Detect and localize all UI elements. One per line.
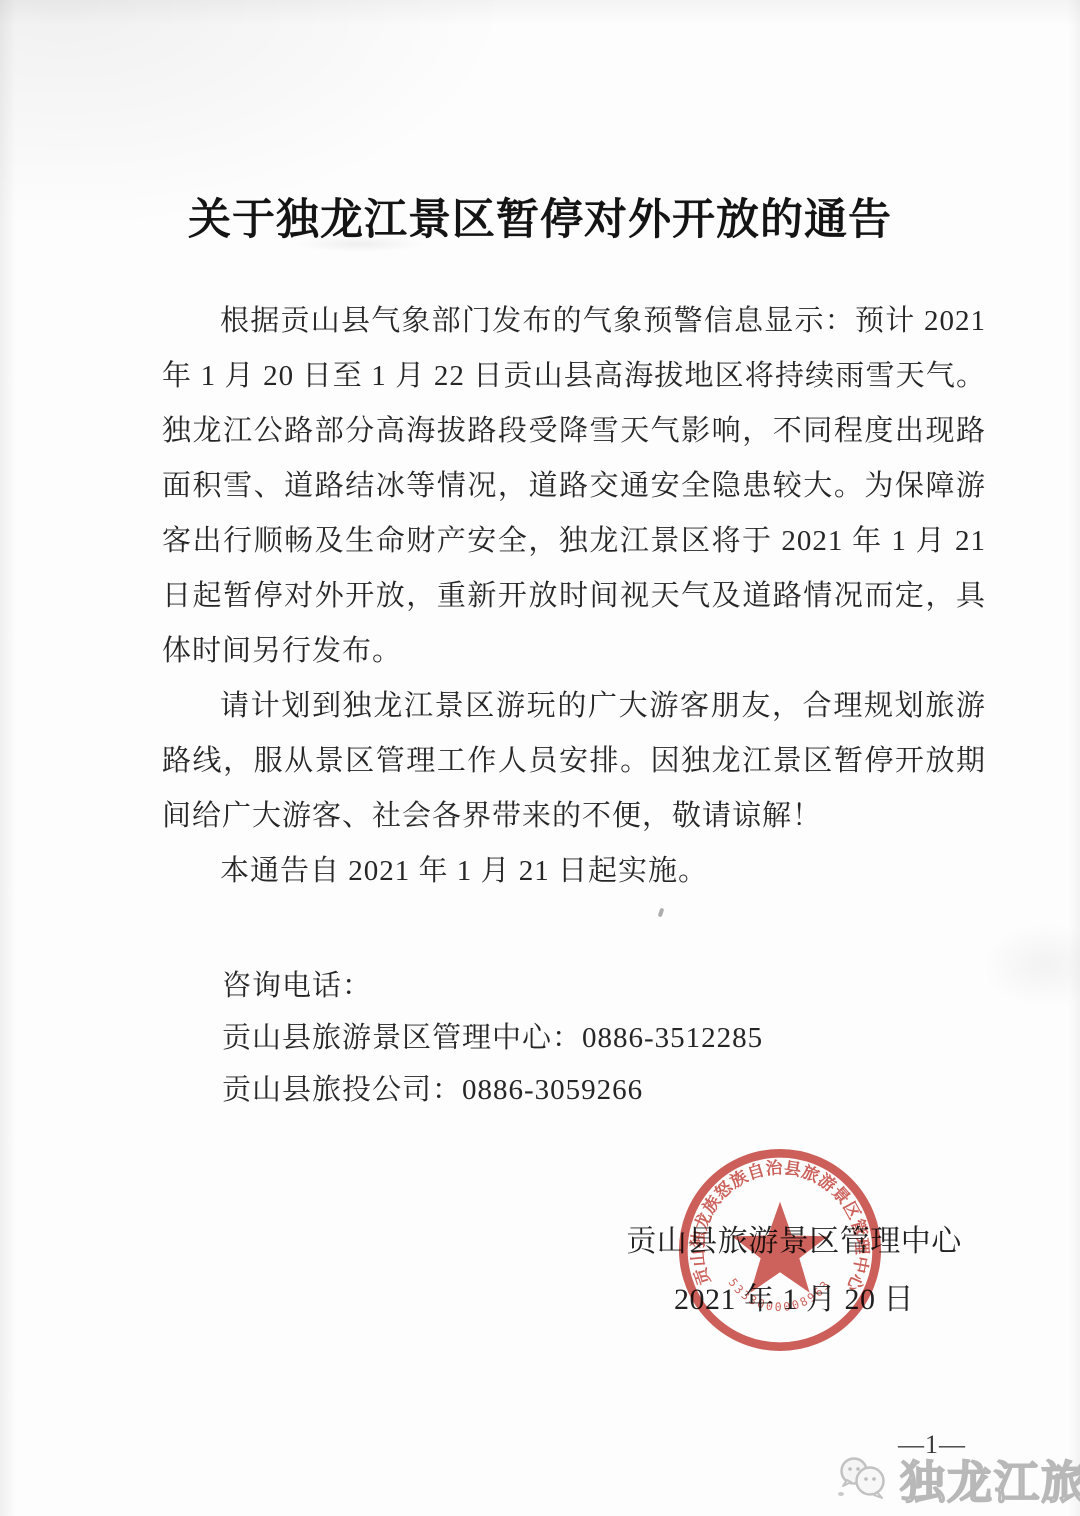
wechat-icon (836, 1451, 892, 1507)
paragraph-visitor-appeal: 请计划到独龙江景区游玩的广大游客朋友，合理规划旅游路线，服从景区管理工作人员安排… (162, 679, 986, 844)
seal-code-text: 5333000008963 (726, 1276, 834, 1314)
contact-line-tourism-company: 贡山县旅投公司：0886-3059266 (222, 1064, 763, 1116)
official-seal-stamp: 贡山独龙族怒族自治县旅游景区管理中心 5333000008963 (664, 1134, 896, 1366)
paragraph-effective-date: 本通告自 2021 年 1 月 21 日起实施。 (162, 844, 986, 899)
notice-body: 根据贡山县气象部门发布的气象预警信息显示：预计 2021 年 1 月 20 日至… (162, 294, 986, 899)
seal-star-icon (732, 1202, 828, 1293)
watermark-text: 独龙江旅游区 (900, 1446, 1080, 1511)
contact-heading: 咨询电话： (222, 960, 763, 1012)
svg-text:5333000008963: 5333000008963 (726, 1276, 834, 1314)
scan-speck (658, 908, 665, 918)
notice-page: 关于独龙江景区暂停对外开放的通告 根据贡山县气象部门发布的气象预警信息显示：预计… (0, 0, 1080, 1516)
notice-title: 关于独龙江景区暂停对外开放的通告 (0, 186, 1080, 247)
watermark-badge: 独龙江旅游区 (836, 1446, 1080, 1511)
contact-line-management-center: 贡山县旅游景区管理中心：0886-3512285 (222, 1012, 763, 1064)
contact-block: 咨询电话： 贡山县旅游景区管理中心：0886-3512285 贡山县旅投公司：0… (222, 960, 763, 1116)
paragraph-weather-closure: 根据贡山县气象部门发布的气象预警信息显示：预计 2021 年 1 月 20 日至… (162, 294, 986, 679)
